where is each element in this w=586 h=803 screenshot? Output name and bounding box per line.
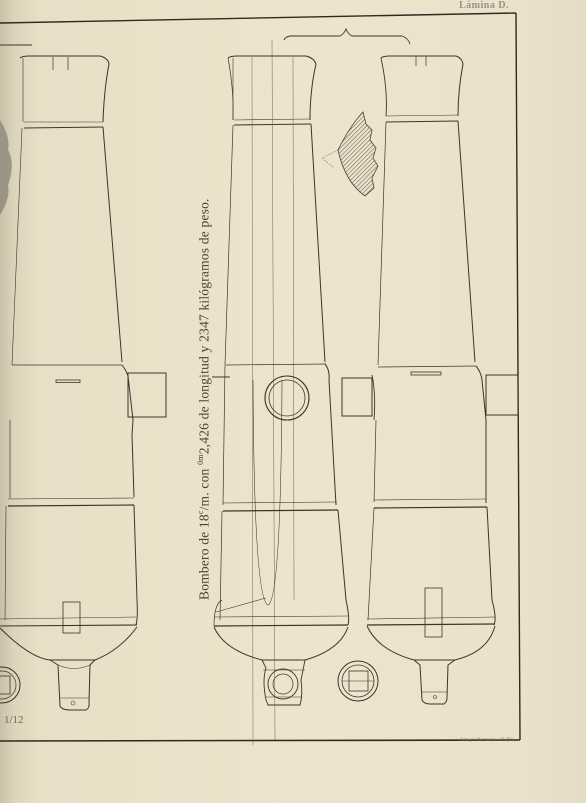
caption-prefix: Bombero de 18 (197, 514, 212, 600)
muzzle-profile-detail (322, 112, 378, 196)
cascabel-end-view (338, 661, 378, 701)
caption-unit: /m. con (197, 465, 212, 510)
caption-unit-sup: c (196, 510, 205, 514)
plate-caption: Bombero de 18c/m. con 0m2,426 de longitu… (196, 198, 213, 600)
technical-drawing (0, 0, 586, 803)
scale-note: 1/12 (4, 714, 24, 726)
center-section-view (212, 29, 410, 745)
caption-length: 2,426 de longitud y 2347 kilógramos de p… (197, 198, 212, 454)
left-elevation-view (0, 56, 166, 710)
left-shaded-profile (0, 120, 12, 215)
lithographer-imprint: Litogr. Hermanos Dufils. (460, 737, 515, 743)
caption-length-sup: 0m (196, 454, 205, 465)
